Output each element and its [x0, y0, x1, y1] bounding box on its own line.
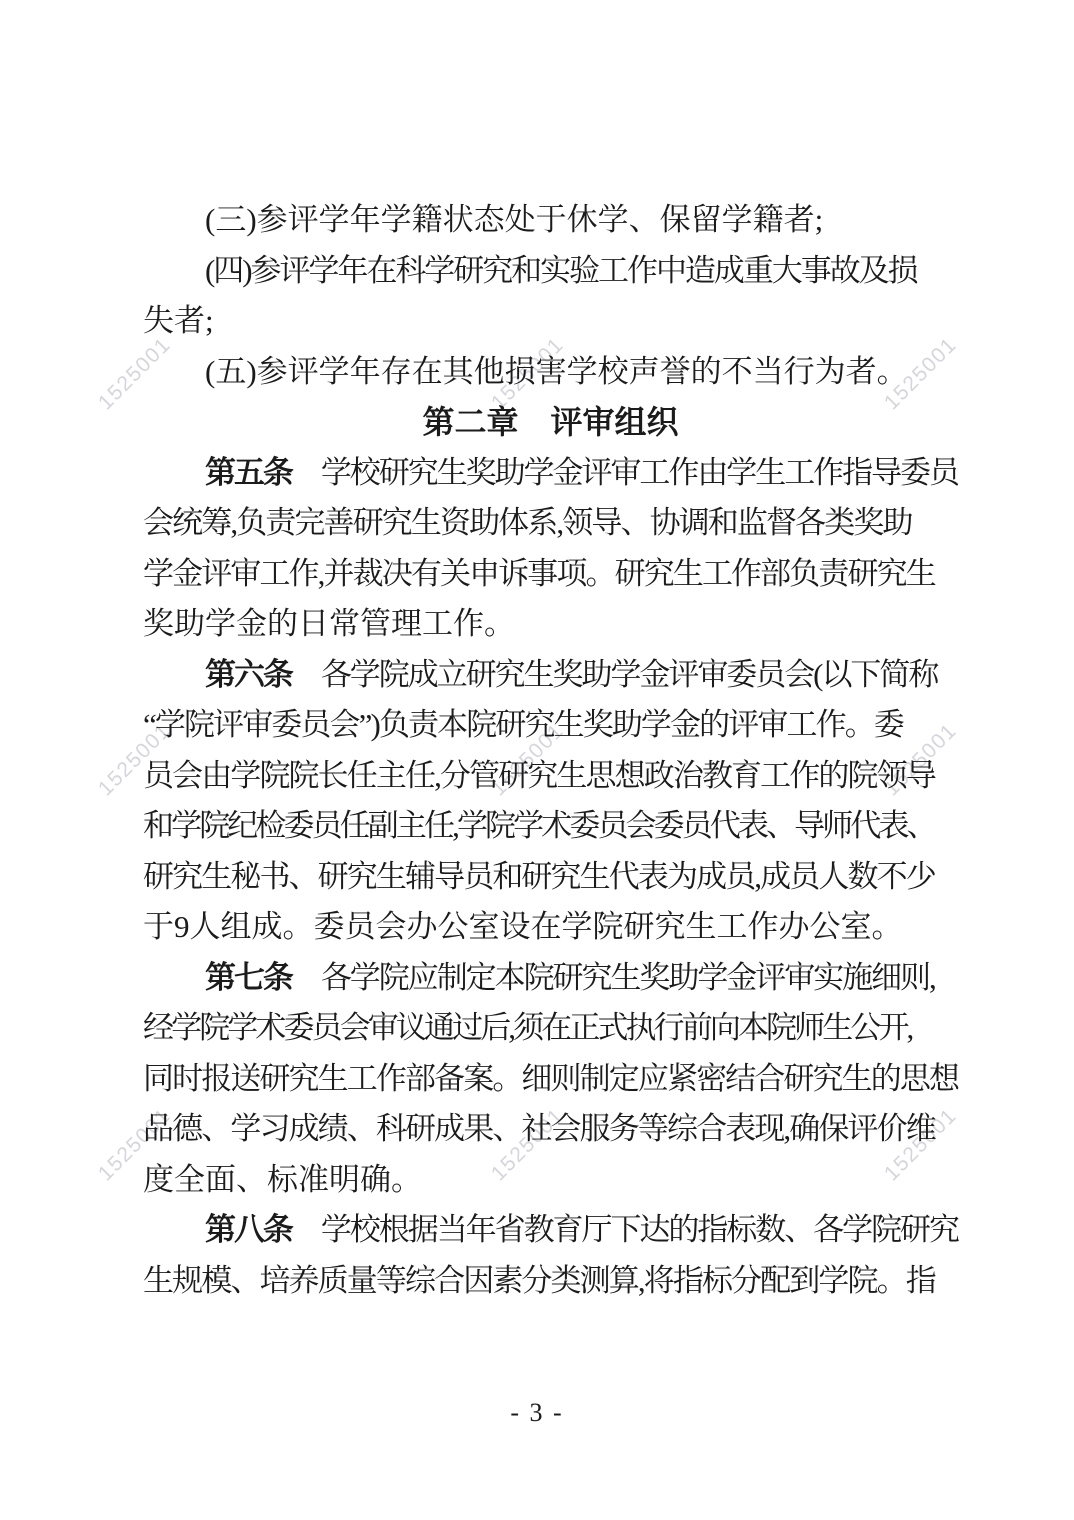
- text-line: “学院评审委员会”)负责本院研究生奖助学金的评审工作。委: [143, 700, 958, 751]
- text-line: 第六条 各学院成立研究生奖助学金评审委员会(以下简称: [143, 650, 958, 701]
- text-segment: 会统筹,负责完善研究生资助体系,领导、协调和监督各类奖助: [143, 505, 912, 540]
- text-line: 第五条 学校研究生奖助学金评审工作由学生工作指导委员: [143, 448, 958, 499]
- text-segment: 和学院纪检委员任副主任,学院学术委员会委员代表、导师代表、: [143, 808, 935, 843]
- text-line: (五)参评学年存在其他损害学校声誉的不当行为者。: [143, 347, 958, 398]
- text-segment: 经学院学术委员会审议通过后,须在正式执行前向本院师生公开,: [143, 1010, 911, 1045]
- text-line: (四)参评学年在科学研究和实验工作中造成重大事故及损: [143, 246, 958, 297]
- text-line: 研究生秘书、研究生辅导员和研究生代表为成员,成员人数不少: [143, 852, 958, 903]
- text-segment: (三)参评学年学籍状态处于休学、保留学籍者;: [205, 202, 823, 237]
- text-line: 度全面、标准明确。: [143, 1155, 958, 1206]
- text-segment: 学金评审工作,并裁决有关申诉事项。研究生工作部负责研究生: [143, 556, 935, 591]
- text-line: (三)参评学年学籍状态处于休学、保留学籍者;: [143, 195, 958, 246]
- text-line: 会统筹,负责完善研究生资助体系,领导、协调和监督各类奖助: [143, 498, 958, 549]
- document-page: 1525001152500115250011525001152500115250…: [0, 0, 1074, 1520]
- text-segment: 各学院应制定本院研究生奖助学金评审实施细则,: [292, 960, 935, 995]
- text-segment: 学校研究生奖助学金评审工作由学生工作指导委员: [292, 455, 958, 490]
- text-segment: 品德、学习成绩、科研成果、社会服务等综合表现,确保评价维: [143, 1111, 935, 1146]
- text-segment: 学校根据当年省教育厅下达的指标数、各学院研究: [292, 1212, 958, 1247]
- text-segment: 失者;: [143, 303, 214, 338]
- text-line: 生规模、培养质量等综合因素分类测算,将指标分配到学院。指: [143, 1256, 958, 1307]
- text-segment: 生规模、培养质量等综合因素分类测算,将指标分配到学院。指: [143, 1263, 935, 1298]
- text-segment: 奖助学金的日常管理工作。: [143, 606, 515, 641]
- chapter-heading: 第二章 评审组织: [143, 397, 958, 448]
- page-number: - 3 -: [0, 1398, 1074, 1428]
- text-line: 和学院纪检委员任副主任,学院学术委员会委员代表、导师代表、: [143, 801, 958, 852]
- text-segment: 度全面、标准明确。: [143, 1162, 422, 1197]
- text-line: 失者;: [143, 296, 958, 347]
- bold-text-segment: 第七条: [205, 960, 292, 995]
- bold-text-segment: 第二章 评审组织: [422, 404, 678, 440]
- text-segment: 各学院成立研究生奖助学金评审委员会(以下简称: [292, 657, 937, 692]
- bold-text-segment: 第六条: [205, 657, 292, 692]
- text-segment: 同时报送研究生工作部备案。细则制定应紧密结合研究生的思想: [143, 1061, 958, 1096]
- text-line: 经学院学术委员会审议通过后,须在正式执行前向本院师生公开,: [143, 1003, 958, 1054]
- text-segment: 研究生秘书、研究生辅导员和研究生代表为成员,成员人数不少: [143, 859, 935, 894]
- text-segment: (四)参评学年在科学研究和实验工作中造成重大事故及损: [205, 253, 917, 288]
- bold-text-segment: 第五条: [205, 455, 292, 490]
- text-line: 品德、学习成绩、科研成果、社会服务等综合表现,确保评价维: [143, 1104, 958, 1155]
- text-line: 员会由学院院长任主任,分管研究生思想政治教育工作的院领导: [143, 751, 958, 802]
- text-segment: 于9人组成。委员会办公室设在学院研究生工作办公室。: [143, 909, 903, 944]
- text-line: 同时报送研究生工作部备案。细则制定应紧密结合研究生的思想: [143, 1054, 958, 1105]
- text-line: 学金评审工作,并裁决有关申诉事项。研究生工作部负责研究生: [143, 549, 958, 600]
- text-line: 第七条 各学院应制定本院研究生奖助学金评审实施细则,: [143, 953, 958, 1004]
- text-line: 奖助学金的日常管理工作。: [143, 599, 958, 650]
- bold-text-segment: 第八条: [205, 1212, 292, 1247]
- text-segment: (五)参评学年存在其他损害学校声誉的不当行为者。: [205, 354, 908, 389]
- document-body: (三)参评学年学籍状态处于休学、保留学籍者;(四)参评学年在科学研究和实验工作中…: [143, 195, 958, 1306]
- text-line: 于9人组成。委员会办公室设在学院研究生工作办公室。: [143, 902, 958, 953]
- text-segment: 员会由学院院长任主任,分管研究生思想政治教育工作的院领导: [143, 758, 935, 793]
- text-line: 第八条 学校根据当年省教育厅下达的指标数、各学院研究: [143, 1205, 958, 1256]
- text-segment: “学院评审委员会”)负责本院研究生奖助学金的评审工作。委: [143, 707, 903, 742]
